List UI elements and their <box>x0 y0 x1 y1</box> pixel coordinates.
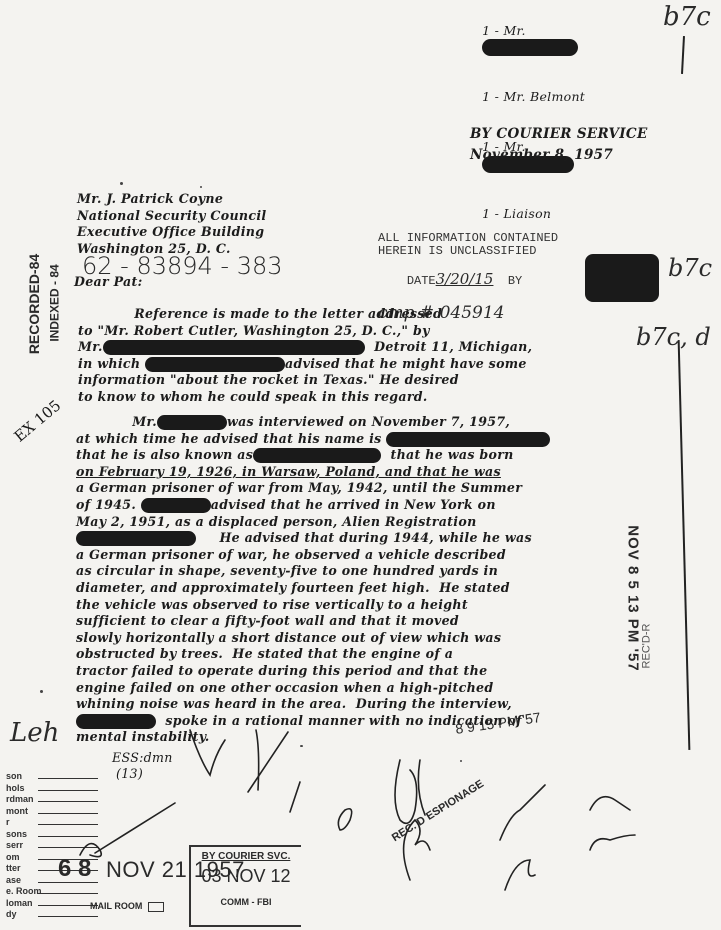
handwritten-signatures <box>0 0 721 930</box>
